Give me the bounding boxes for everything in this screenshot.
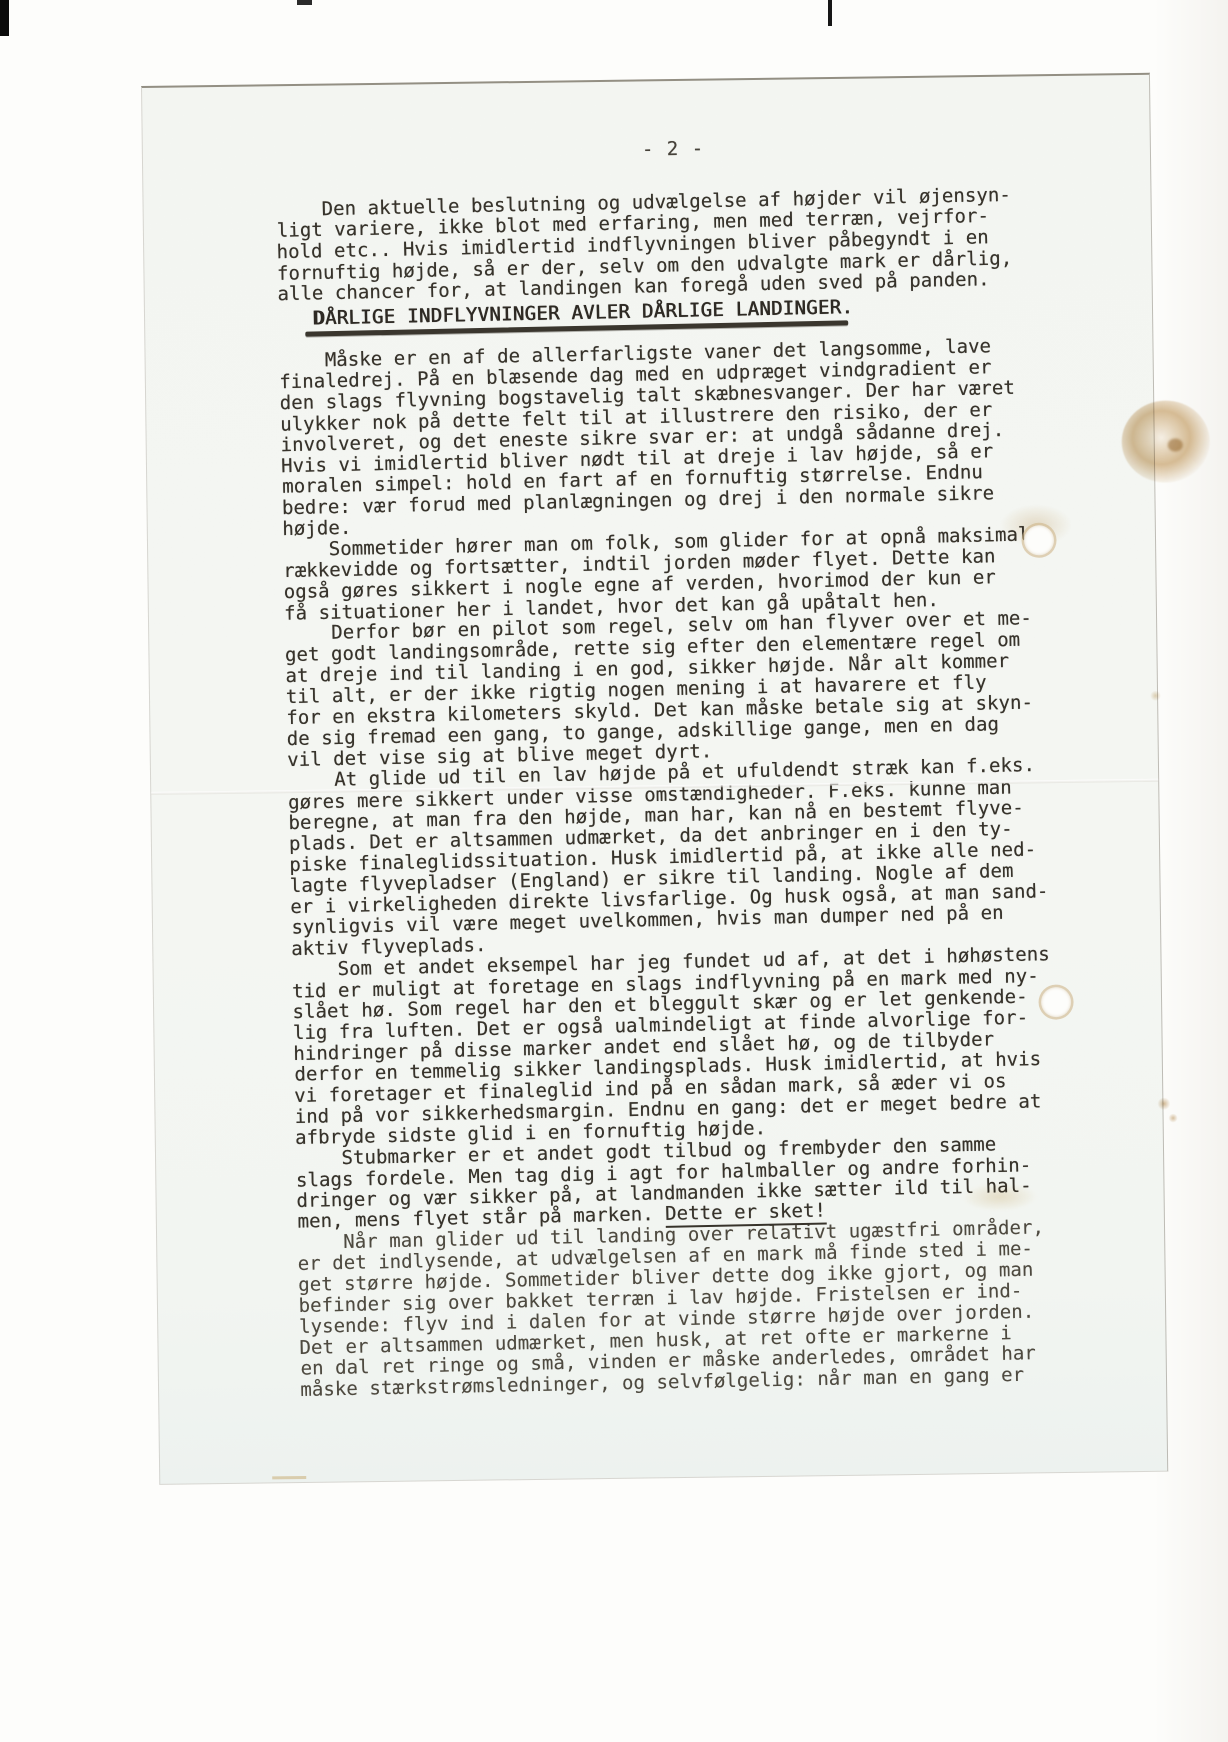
stain-dot [1169,1114,1178,1123]
scanned-document: { "document": { "page_number": "- 2 -", … [0,0,1228,1742]
page-number: - 2 - [642,139,704,161]
scan-edge-mark [297,0,312,5]
document-page: - 2 - Den aktuelle beslutning og udvælge… [141,73,1168,1485]
stain-tick [272,1476,306,1479]
scan-edge-mark [0,0,9,36]
stain-dot [1150,691,1161,701]
underlined-phrase: Dette er sket! [665,1200,826,1228]
overstruck-letter: D [313,307,325,329]
coffee-stain [1121,400,1210,483]
scan-edge-mark [828,0,832,26]
typewritten-text: Den aktuelle beslutning og udvælgelse af… [276,183,1101,1400]
stain-dot [1157,1098,1170,1110]
